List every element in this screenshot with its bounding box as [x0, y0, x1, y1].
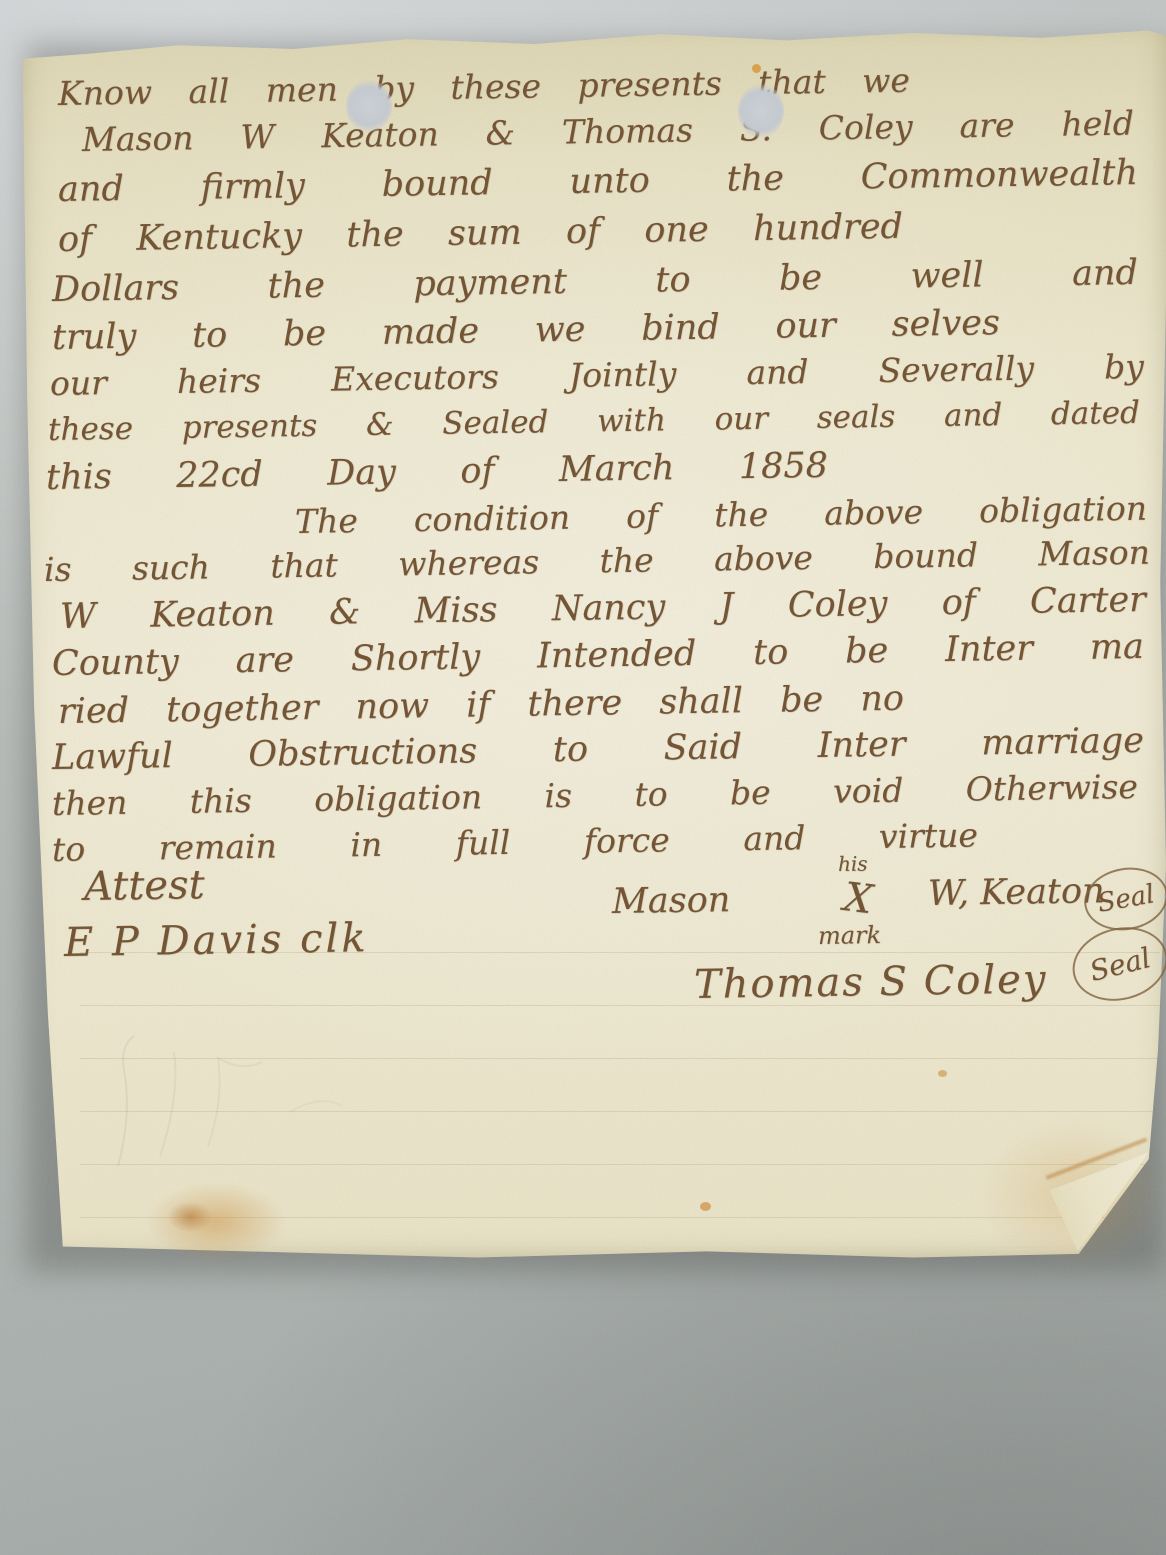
x-mark: X [841, 874, 875, 923]
seal-label: Seal [1095, 879, 1156, 918]
attest-label: Attest [84, 862, 205, 910]
seal-label: Seal [1086, 941, 1154, 988]
thomas-coley-signature: Thomas S Coley [694, 956, 1048, 1008]
mason-signature-last: W, Keaton [928, 871, 1105, 914]
pencil-scribbles [100, 1016, 440, 1186]
clerk-signature: E P Davis clk [64, 915, 369, 966]
mason-signature-first: Mason [612, 880, 731, 922]
punch-hole-left [346, 80, 392, 132]
his-mark-label-bottom: mark [818, 921, 882, 950]
his-mark-label-top: his [838, 852, 868, 876]
punch-hole-right [738, 84, 784, 138]
document-photo: Know all men by these presents that we M… [0, 0, 1166, 1555]
